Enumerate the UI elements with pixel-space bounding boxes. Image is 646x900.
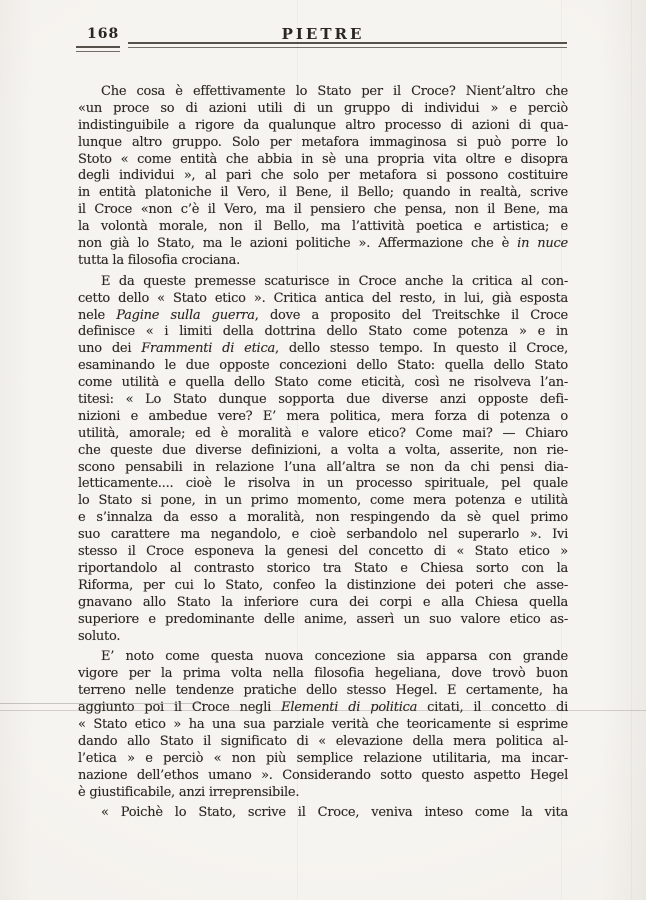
scan-streak xyxy=(631,0,632,900)
text-line: che queste due diverse definizioni, a vo… xyxy=(78,443,568,460)
text-line: riportandolo al contrasto storico tra St… xyxy=(78,561,568,578)
scan-artifact-line xyxy=(0,710,646,711)
text-line: stesso il Croce esponeva la genesi del c… xyxy=(78,544,568,561)
scan-streak xyxy=(297,0,298,900)
text-line: superiore e predominante delle anime, as… xyxy=(78,612,568,629)
text-line: titesi: « Lo Stato dunque sopporta due d… xyxy=(78,392,568,409)
text-line: lunque altro gruppo. Solo per metafora i… xyxy=(78,135,568,152)
paragraph: « Poichè lo Stato, scrive il Croce, veni… xyxy=(78,805,568,822)
text-line: e s’innalza da esso a moralità, non resp… xyxy=(78,510,568,527)
text-line: Che cosa è effettivamente lo Stato per i… xyxy=(78,84,568,101)
text-line: esaminando le due opposte concezioni del… xyxy=(78,358,568,375)
text-line: definisce « i limiti della dottrina dell… xyxy=(78,324,568,341)
text-line: E da queste premesse scaturisce in Croce… xyxy=(78,274,568,291)
text-line: come utilità e quella dello Stato come e… xyxy=(78,375,568,392)
text-line: non già lo Stato, ma le azioni politiche… xyxy=(78,236,568,253)
scan-streak xyxy=(561,0,562,900)
text-line: il Croce «non c’è il Vero, ma il pensier… xyxy=(78,202,568,219)
header-rule-page-number xyxy=(76,46,120,52)
text-line: utilità, amorale; ed è moralità e valore… xyxy=(78,426,568,443)
text-line: E’ noto come questa nuova concezione sia… xyxy=(78,649,568,666)
paragraph: E’ noto come questa nuova concezione sia… xyxy=(78,649,568,801)
text-line: Riforma, per cui lo Stato, confeo la dis… xyxy=(78,578,568,595)
text-line: la volontà morale, non il Bello, ma l’at… xyxy=(78,219,568,236)
text-line: nazione dell’ethos umano ». Considerando… xyxy=(78,768,568,785)
text-line: tutta la filosofia crociana. xyxy=(78,253,568,270)
header-rule xyxy=(128,42,567,48)
text-line: gnavano allo Stato la inferiore cura dei… xyxy=(78,595,568,612)
text-line: degli individui », al pari che solo per … xyxy=(78,168,568,185)
text-line: uno dei Frammenti di etica, dello stesso… xyxy=(78,341,568,358)
text-line: cetto dello « Stato etico ». Critica ant… xyxy=(78,291,568,308)
text-line: dando allo Stato il significato di « ele… xyxy=(78,734,568,751)
paragraph: Che cosa è effettivamente lo Stato per i… xyxy=(78,84,568,270)
scan-artifact-line xyxy=(0,703,205,704)
text-line: vigore per la prima volta nella filosofi… xyxy=(78,666,568,683)
text-line: nele Pagine sulla guerra, dove a proposi… xyxy=(78,308,568,325)
text-line: l’etica » e perciò « non più semplice re… xyxy=(78,751,568,768)
text-block: Che cosa è effettivamente lo Stato per i… xyxy=(78,84,568,822)
text-line: lo Stato si pone, in un primo momento, c… xyxy=(78,493,568,510)
text-line: nizioni e ambedue vere? E’ mera politica… xyxy=(78,409,568,426)
paragraph: E da queste premesse scaturisce in Croce… xyxy=(78,274,568,646)
text-line: in entità platoniche il Vero, il Bene, i… xyxy=(78,185,568,202)
text-line: terreno nelle tendenze pratiche dello st… xyxy=(78,683,568,700)
page-header-title: PIETRE xyxy=(0,25,646,43)
text-line: è giustificabile, anzi irreprensibile. xyxy=(78,785,568,802)
text-line: Stoto « come entità che abbia in sè una … xyxy=(78,152,568,169)
text-line: letticamente.... cioè le risolva in un p… xyxy=(78,476,568,493)
text-line: scono pensabili in relazione l’una all’a… xyxy=(78,460,568,477)
text-line: « Stato etico » ha una sua parziale veri… xyxy=(78,717,568,734)
text-line: «un proce so di azioni utili di un grupp… xyxy=(78,101,568,118)
text-line: suo carattere ma negandolo, e cioè serba… xyxy=(78,527,568,544)
text-line: « Poichè lo Stato, scrive il Croce, veni… xyxy=(78,805,568,822)
text-line: indistinguibile a rigore da qualunque al… xyxy=(78,118,568,135)
text-line: soluto. xyxy=(78,629,568,646)
book-page: 168 PIETRE Che cosa è effettivamente lo … xyxy=(0,0,646,900)
